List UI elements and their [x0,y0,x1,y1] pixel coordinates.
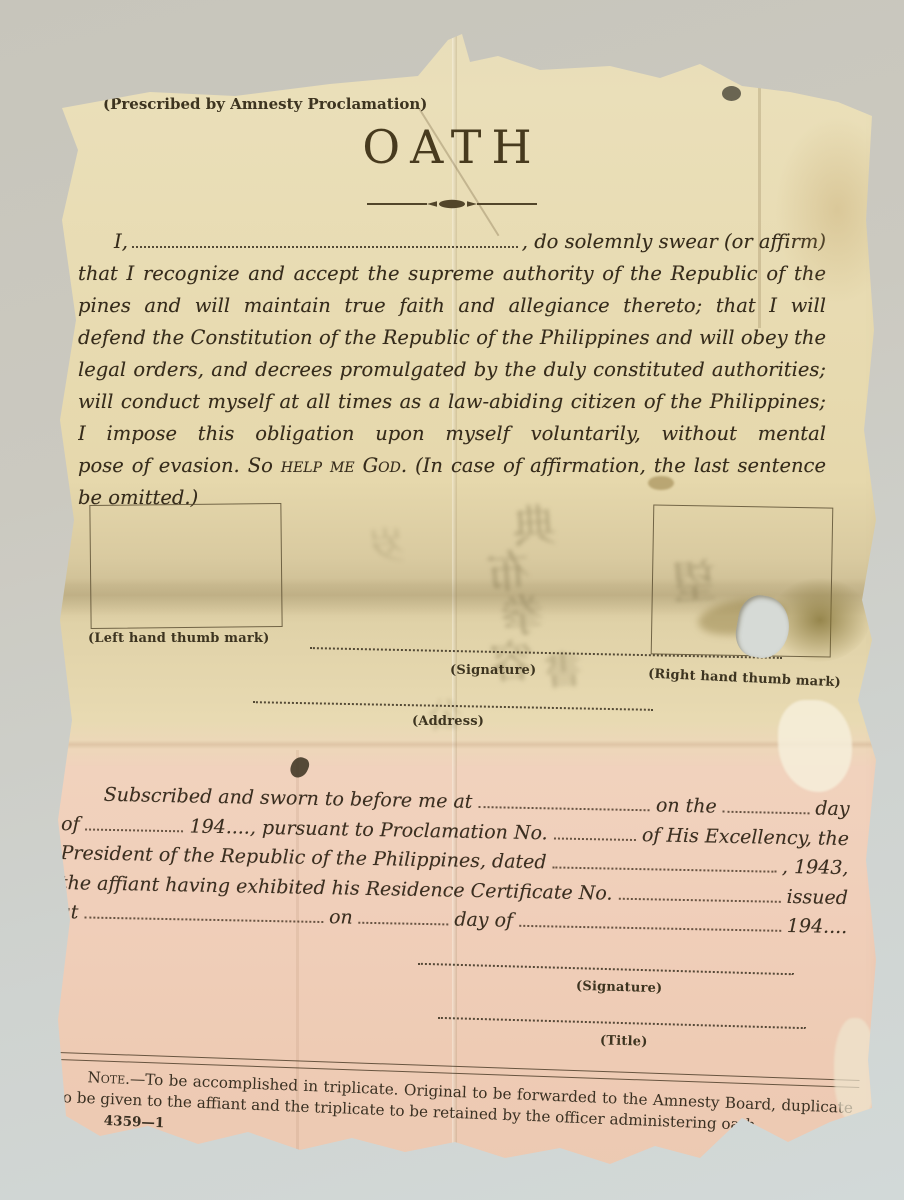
torn-flap [778,700,852,792]
so-help-me-god: help me God. [281,454,407,477]
oath-line: will conduct myself at all times as a la… [78,386,826,418]
closing-pre: pose of evasion. So [78,454,281,477]
oath-line: pines and will maintain true faith and a… [78,290,826,322]
right-thumb-label: (Right hand thumb mark) [648,667,841,691]
edge-damage-mark [722,86,741,101]
form-subtitle: (Prescribed by Amnesty Proclamation) [103,94,427,114]
jurat-text: of [61,809,80,839]
left-thumb-label: (Left hand thumb mark) [88,631,270,646]
oath-paragraph: I, , do solemnly swear (or affirm) that … [78,226,826,514]
jurat-text: day of [454,906,513,937]
oath-lead-tail: , do solemnly swear (or affirm) [522,226,826,258]
jurat-text: on [329,903,353,933]
document-title: OATH [0,120,904,174]
paper-fold-pink-boundary [0,740,904,749]
address-line [253,689,653,711]
address-label: (Address) [412,714,484,729]
jurat-text: of His Excellency, the [642,821,850,854]
jurat-text: day [815,794,850,824]
oath-lead: I, [114,226,128,258]
bleedthrough-glyph: 拳 [498,579,546,646]
edge-damage-mark [851,95,865,107]
bleedthrough-glyph: 布 [484,535,532,602]
right-thumb-mark-box [651,504,834,657]
photo-backdrop: 典 布 拳 容 望 書 公 岁 Form No. 2 (Prescribed b… [0,0,904,1200]
form-number-lead: Form [103,75,145,93]
title-divider-ornament [367,196,537,212]
oath-line-first: I, , do solemnly swear (or affirm) [78,226,826,258]
oath-line: defend the Constitution of the Republic … [78,322,826,354]
jurat-text: 194.... [787,912,848,943]
oath-line-closing: pose of evasion. So help me God. (In cas… [78,450,826,482]
officer-title-label: (Title) [600,1033,648,1049]
form-number-rest: No. 2 [145,75,195,93]
ink-blot [288,755,312,781]
jurat-text: issued [786,882,848,913]
form-number-block: Form No. 2 (Prescribed by Amnesty Procla… [103,74,427,114]
jurat-text: at [59,898,79,928]
blank-field [86,811,184,832]
note-lead: Note. [87,1068,130,1088]
jurat-text: on the [656,791,717,822]
bleedthrough-glyph: 容 [487,625,535,692]
oath-line: that I recognize and accept the supreme … [78,258,826,290]
blank-field [359,905,449,926]
oath-line: I impose this obligation upon myself vol… [78,418,826,450]
blank-field [554,820,637,841]
jurat-text: , 1943, [782,853,849,884]
officer-title-line [438,1005,806,1029]
blank-field [478,789,650,811]
signature-label: (Signature) [450,663,536,678]
blank-field [723,794,810,815]
name-blank-field [132,228,518,248]
bleedthrough-glyph: 岁 [366,517,405,570]
officer-signature-label: (Signature) [576,979,663,996]
officer-signature-line [418,951,794,975]
form-number: Form No. 2 [103,74,427,94]
blank-field [519,908,781,932]
left-thumb-mark-box [89,503,282,629]
oath-form-paper: 典 布 拳 容 望 書 公 岁 Form No. 2 (Prescribed b… [0,0,904,1200]
oath-line: legal orders, and decrees promulgated by… [78,354,826,386]
blank-field [552,849,776,872]
blank-field [618,880,780,902]
jurat-block: Subscribed and sworn to before me at on … [59,780,850,943]
blank-field [84,899,323,923]
